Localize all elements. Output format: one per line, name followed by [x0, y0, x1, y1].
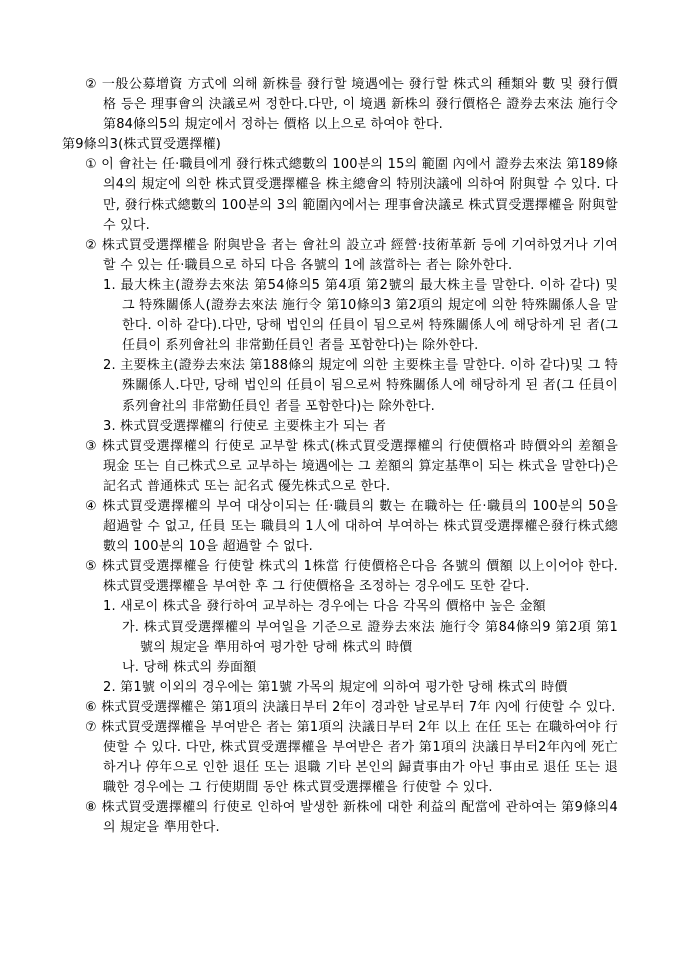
paragraph-text: 株式買受選擇權은 第1項의 決議日부터 2年이 경과한 날로부터 7年 內에 行…: [101, 700, 615, 715]
paragraph-text: 株式買受選擇權의 行使로 교부할 株式(株式買受選擇權의 行使價格과 時價와의 …: [102, 439, 618, 494]
item-marker: ⑥: [85, 700, 97, 715]
lettered-subitem: 가. 株式買受選擇權의 부여일을 기준으로 證券去來法 施行令 第84條의9 第…: [62, 618, 618, 658]
item-marker: ④: [85, 499, 97, 514]
paragraph-text: 이 會社는 任·職員에게 發行株式總數의 100분의 15의 範圍 內에서 證券…: [101, 157, 618, 232]
article-heading: 第9條의3(株式買受選擇權): [62, 135, 618, 155]
paragraph-text: 株式買受選擇權의 行使로 主要株主가 되는 者: [120, 419, 386, 434]
clause-item: ② 株式買受選擇權을 附與받을 者는 會社의 設立과 經營·技術革新 등에 기여…: [62, 236, 618, 276]
paragraph-text: 株式買受選擇權을 行使할 株式의 1株當 行使價格은다음 各號의 價額 以上이어…: [102, 559, 618, 594]
document-body: ② 一般公募增資 方式에 의해 新株를 發行할 境遇에는 發行할 株式의 種類와…: [62, 75, 618, 839]
paragraph-text: 一般公募增資 方式에 의해 新株를 發行할 境遇에는 發行할 株式의 種類와 數…: [102, 77, 618, 132]
lettered-subitem: 나. 당해 株式의 券面額: [62, 658, 618, 678]
item-marker: ⑧: [85, 800, 97, 815]
paragraph-text: 株式買受選擇權의 行使로 인하여 발생한 新株에 대한 利益의 配當에 관하여는…: [102, 800, 618, 835]
clause-item: ④ 株式買受選擇權의 부여 대상이되는 任·職員의 數는 在職하는 任·職員의 …: [62, 497, 618, 557]
clause-item: ② 一般公募增資 方式에 의해 新株를 發行할 境遇에는 發行할 株式의 種類와…: [62, 75, 618, 135]
item-marker: 1.: [103, 278, 116, 293]
item-marker: ②: [85, 238, 97, 253]
clause-item: ③ 株式買受選擇權의 行使로 교부할 株式(株式買受選擇權의 行使價格과 時價와…: [62, 437, 618, 497]
paragraph-text: 株式買受選擇權의 부여 대상이되는 任·職員의 數는 在職하는 任·職員의 10…: [102, 499, 618, 554]
item-marker: 2.: [103, 680, 116, 695]
paragraph-text: 第9條의3(株式買受選擇權): [62, 137, 221, 152]
document-page: ② 一般公募增資 方式에 의해 新株를 發行할 境遇에는 發行할 株式의 種類와…: [0, 0, 680, 962]
paragraph-text: 株式買受選擇權의 부여일을 기준으로 證券去來法 施行令 第84條의9 第2項 …: [140, 620, 618, 655]
paragraph-text: 당해 株式의 券面額: [143, 660, 256, 675]
item-marker: ②: [85, 77, 97, 92]
item-marker: ①: [85, 157, 97, 172]
paragraph-text: 株式買受選擇權을 附與받을 者는 會社의 設立과 經營·技術革新 등에 기여하였…: [102, 238, 618, 273]
numbered-subitem: 2. 第1號 이외의 경우에는 第1號 가목의 規定에 의하여 평가한 당해 株…: [62, 678, 618, 698]
paragraph-text: 最大株主(證券去來法 第54條의5 第4項 第2號의 最大株主를 말한다. 이하…: [121, 278, 618, 353]
numbered-subitem: 1. 最大株主(證券去來法 第54條의5 第4項 第2號의 最大株主를 말한다.…: [62, 276, 618, 356]
paragraph-text: 主要株主(證券去來法 第188條의 規定에 의한 主要株主를 말한다. 이하 같…: [120, 358, 618, 413]
clause-item: ⑥ 株式買受選擇權은 第1項의 決議日부터 2年이 경과한 날로부터 7年 內에…: [62, 698, 618, 718]
clause-item: ① 이 會社는 任·職員에게 發行株式總數의 100분의 15의 範圍 內에서 …: [62, 155, 618, 235]
paragraph-text: 第1號 이외의 경우에는 第1號 가목의 規定에 의하여 평가한 당해 株式의 …: [120, 680, 567, 695]
paragraph-text: 새로이 株式을 發行하여 교부하는 경우에는 다음 각목의 價格中 높은 金額: [120, 599, 546, 614]
paragraph-text: 株式買受選擇權을 부여받은 者는 第1項의 決議日부터 2年 以上 在任 또는 …: [101, 720, 618, 795]
item-marker: ⑤: [85, 559, 97, 574]
clause-item: ⑧ 株式買受選擇權의 行使로 인하여 발생한 新株에 대한 利益의 配當에 관하…: [62, 798, 618, 838]
item-marker: 1.: [103, 599, 116, 614]
item-marker: 2.: [103, 358, 116, 373]
item-marker: ③: [85, 439, 97, 454]
clause-item: ⑤ 株式買受選擇權을 行使할 株式의 1株當 行使價格은다음 各號의 價額 以上…: [62, 557, 618, 597]
numbered-subitem: 2. 主要株主(證券去來法 第188條의 規定에 의한 主要株主를 말한다. 이…: [62, 356, 618, 416]
item-marker: 나.: [122, 660, 139, 675]
item-marker: 3.: [103, 419, 116, 434]
clause-item: ⑦ 株式買受選擇權을 부여받은 者는 第1項의 決議日부터 2年 以上 在任 또…: [62, 718, 618, 798]
numbered-subitem: 3. 株式買受選擇權의 行使로 主要株主가 되는 者: [62, 417, 618, 437]
item-marker: 가.: [122, 620, 139, 635]
numbered-subitem: 1. 새로이 株式을 發行하여 교부하는 경우에는 다음 각목의 價格中 높은 …: [62, 597, 618, 617]
item-marker: ⑦: [85, 720, 97, 735]
